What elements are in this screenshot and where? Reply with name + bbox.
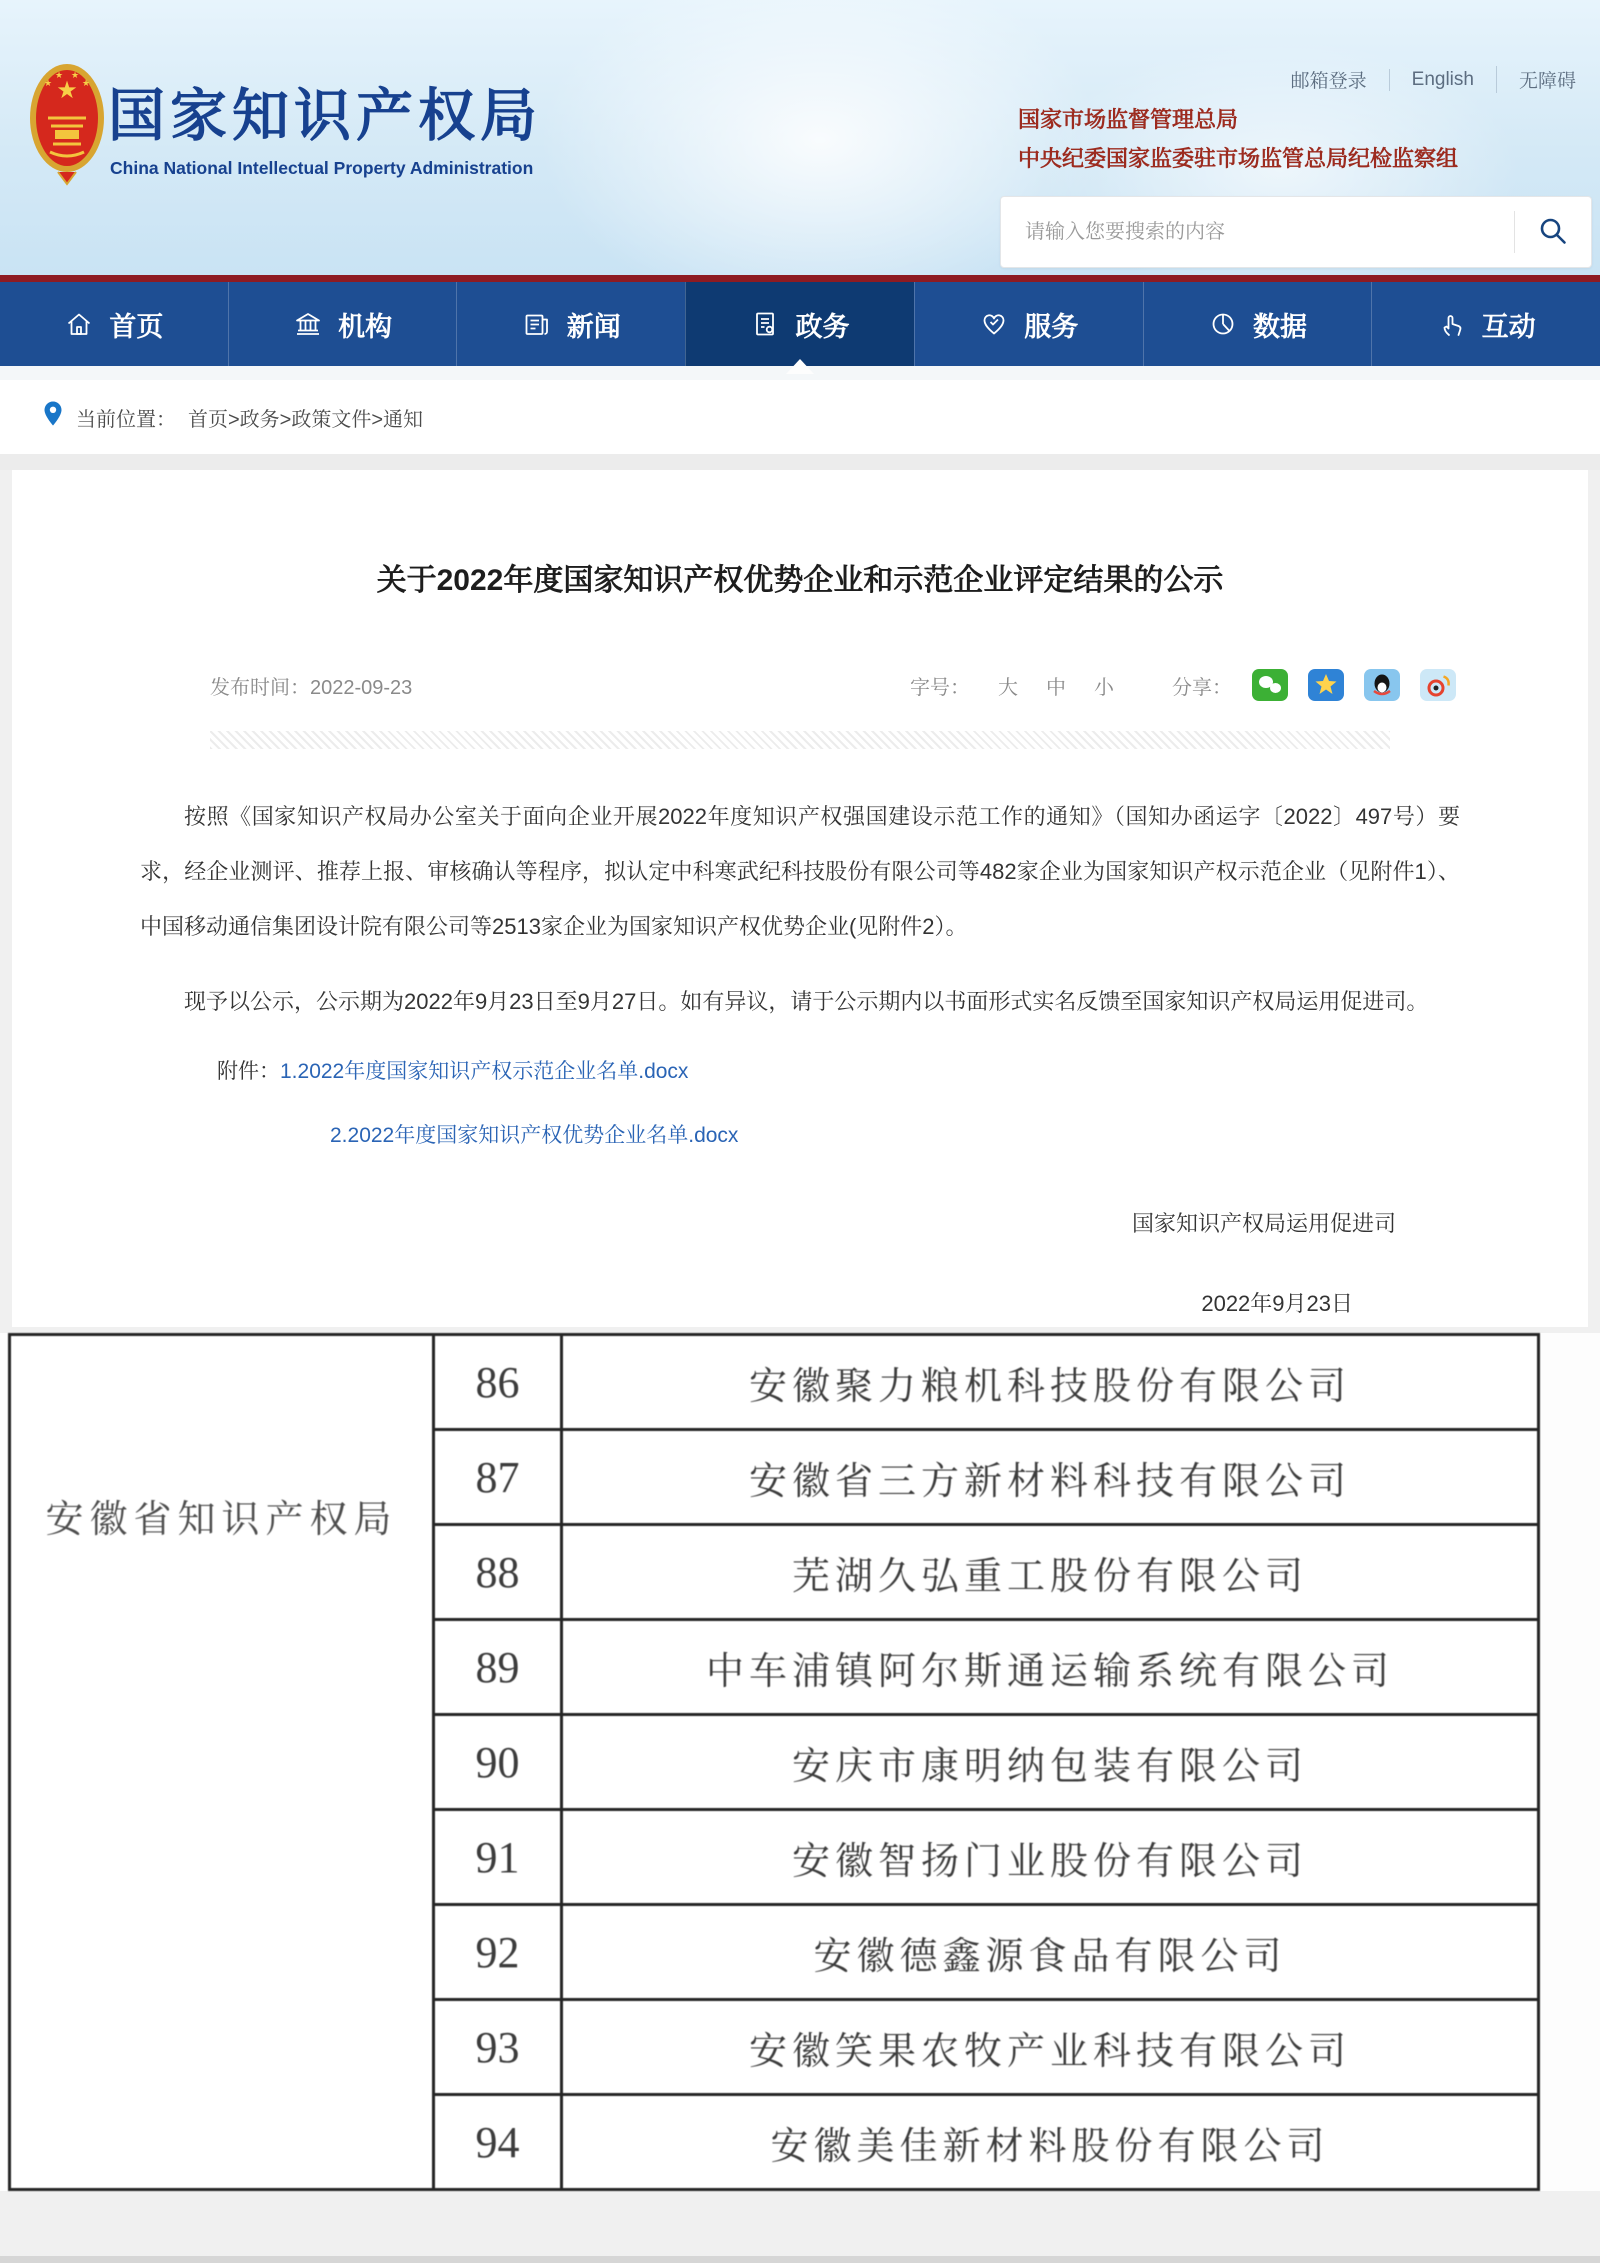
nav-item-label: 互动 [1482, 305, 1536, 344]
weibo-icon[interactable] [1420, 669, 1456, 701]
row-number: 90 [434, 1715, 562, 1810]
search-icon [1537, 215, 1569, 250]
fontsize-large-button[interactable]: 大 [998, 671, 1018, 700]
article-card: 关于2022年度国家知识产权优势企业和示范企业评定结果的公示 发布时间：2022… [12, 470, 1588, 1327]
row-number: 91 [434, 1810, 562, 1905]
article-title: 关于2022年度国家知识产权优势企业和示范企业评定结果的公示 [140, 560, 1460, 602]
nav-item-label: 数据 [1253, 305, 1307, 344]
nav-item-label: 政务 [796, 305, 850, 344]
hatched-divider [210, 731, 1390, 749]
row-number: 87 [434, 1430, 562, 1525]
gov-affairs-icon [751, 309, 781, 339]
attachment-link-1[interactable]: 1.2022年度国家知识产权示范企业名单.docx [280, 1060, 688, 1083]
company-name: 安徽智扬门业股份有限公司 [562, 1810, 1539, 1905]
fontsize-small-button[interactable]: 小 [1094, 671, 1114, 700]
svg-text:★: ★ [71, 71, 79, 81]
nav-item-institution[interactable]: 机构 [228, 282, 457, 366]
scanned-table-image: 安徽省知识产权局 86 安徽聚力粮机科技股份有限公司 87 安徽省三方新材料科技… [0, 1333, 1600, 2191]
nav-item-label: 新闻 [567, 305, 621, 344]
row-number: 94 [434, 2095, 562, 2190]
fontsize-label: 字号： [910, 671, 970, 700]
nav-item-label: 服务 [1024, 305, 1078, 344]
breadcrumb-path[interactable]: 首页>政务>政策文件>通知 [188, 403, 423, 432]
institution-icon [293, 309, 323, 339]
nav-item-interact[interactable]: 互动 [1371, 282, 1600, 366]
enterprise-table: 安徽省知识产权局 86 安徽聚力粮机科技股份有限公司 87 安徽省三方新材料科技… [8, 1333, 1540, 2191]
publish-date: 2022-09-23 [310, 677, 412, 699]
site-header: ★ ★ ★ ★ ★ 国家知识产权局 China National Intelle… [0, 0, 1600, 275]
site-search [1000, 196, 1592, 268]
article-signature: 国家知识产权局运用促进司 [140, 1209, 1460, 1239]
share-label: 分享： [1172, 671, 1232, 700]
nav-item-label: 机构 [338, 305, 392, 344]
related-departments: 国家市场监督管理总局 中央纪委国家监委驻市场监管总局纪检监察组 [1018, 100, 1458, 178]
fontsize-control: 字号： 大 中 小 [910, 671, 1114, 700]
share-control: 分享： [1172, 669, 1456, 701]
company-name: 芜湖久弘重工股份有限公司 [562, 1525, 1539, 1620]
site-title: 国家知识产权局 [108, 70, 542, 152]
row-number: 86 [434, 1335, 562, 1430]
publish-time: 发布时间：2022-09-23 [210, 671, 412, 700]
breadcrumb: 当前位置： 首页>政务>政策文件>通知 [0, 380, 1600, 454]
news-icon [522, 309, 552, 339]
english-link[interactable]: English [1389, 69, 1496, 91]
service-icon [979, 309, 1009, 339]
nav-item-service[interactable]: 服务 [914, 282, 1143, 366]
active-tab-pointer [786, 359, 814, 374]
nav-item-data[interactable]: 数据 [1143, 282, 1372, 366]
row-number: 89 [434, 1620, 562, 1715]
article-body: 按照《国家知识产权局办公室关于面向企业开展2022年度知识产权强国建设示范工作的… [140, 789, 1460, 1029]
company-name: 安徽省三方新材料科技有限公司 [562, 1430, 1539, 1525]
company-name: 安徽笑果农牧产业科技有限公司 [562, 2000, 1539, 2095]
article-sign-date: 2022年9月23日 [140, 1289, 1460, 1319]
svg-text:★: ★ [44, 79, 52, 89]
main-navigation-wrap: 首页 机构 新闻 [0, 275, 1600, 366]
row-number: 93 [434, 2000, 562, 2095]
nav-item-news[interactable]: 新闻 [456, 282, 685, 366]
spacer [0, 454, 1600, 470]
paragraph: 按照《国家知识产权局办公室关于面向企业开展2022年度知识产权强国建设示范工作的… [140, 789, 1460, 954]
company-name: 安徽聚力粮机科技股份有限公司 [562, 1335, 1539, 1430]
office-cell: 安徽省知识产权局 [10, 1335, 434, 2190]
data-icon [1208, 309, 1238, 339]
company-name: 中车浦镇阿尔斯通运输系统有限公司 [562, 1620, 1539, 1715]
mail-login-link[interactable]: 邮箱登录 [1269, 66, 1389, 93]
fontsize-medium-button[interactable]: 中 [1046, 671, 1066, 700]
accent-red-line [0, 275, 1600, 282]
accessibility-link[interactable]: 无障碍 [1496, 66, 1598, 93]
qq-icon[interactable] [1364, 669, 1400, 701]
attachment-label: 附件： [217, 1060, 280, 1083]
attachment-line: 附件：1.2022年度国家知识产权示范企业名单.docx [140, 1057, 1460, 1087]
nav-item-gov-affairs[interactable]: 政务 [685, 282, 914, 366]
search-input[interactable] [1001, 197, 1514, 267]
company-name: 安徽美佳新材料股份有限公司 [562, 2095, 1539, 2190]
article-meta: 发布时间：2022-09-23 字号： 大 中 小 分享： [140, 667, 1460, 703]
wechat-icon[interactable] [1252, 669, 1288, 701]
interact-icon [1437, 309, 1467, 339]
attachment-link-2[interactable]: 2.2022年度国家知识产权优势企业名单.docx [330, 1124, 738, 1147]
location-pin-icon [42, 400, 64, 434]
table-row: 安徽省知识产权局 86 安徽聚力粮机科技股份有限公司 [10, 1335, 1539, 1430]
bottom-edge-strip [0, 2256, 1600, 2263]
main-navigation: 首页 机构 新闻 [0, 282, 1600, 366]
top-utility-links: 邮箱登录 English 无障碍 [1269, 66, 1598, 93]
row-number: 92 [434, 1905, 562, 2000]
dept-line: 中央纪委国家监委驻市场监管总局纪检监察组 [1018, 139, 1458, 178]
publish-label: 发布时间： [210, 677, 310, 699]
paragraph: 现予以公示，公示期为2022年9月23日至9月27日。如有异议，请于公示期内以书… [140, 974, 1460, 1029]
home-icon [64, 309, 94, 339]
search-button[interactable] [1515, 197, 1591, 267]
svg-text:★: ★ [82, 79, 90, 89]
nav-item-label: 首页 [109, 305, 163, 344]
national-emblem-icon: ★ ★ ★ ★ ★ [28, 60, 106, 192]
site-subtitle: China National Intellectual Property Adm… [110, 158, 533, 179]
row-number: 88 [434, 1525, 562, 1620]
qzone-icon[interactable] [1308, 669, 1344, 701]
page: ★ ★ ★ ★ ★ 国家知识产权局 China National Intelle… [0, 0, 1600, 2263]
dept-line: 国家市场监督管理总局 [1018, 100, 1458, 139]
nav-item-home[interactable]: 首页 [0, 282, 228, 366]
breadcrumb-prefix: 当前位置： [76, 403, 176, 432]
company-name: 安庆市康明纳包装有限公司 [562, 1715, 1539, 1810]
svg-text:★: ★ [55, 71, 63, 81]
attachment-line: 2.2022年度国家知识产权优势企业名单.docx [140, 1121, 1460, 1151]
company-name: 安徽德鑫源食品有限公司 [562, 1905, 1539, 2000]
